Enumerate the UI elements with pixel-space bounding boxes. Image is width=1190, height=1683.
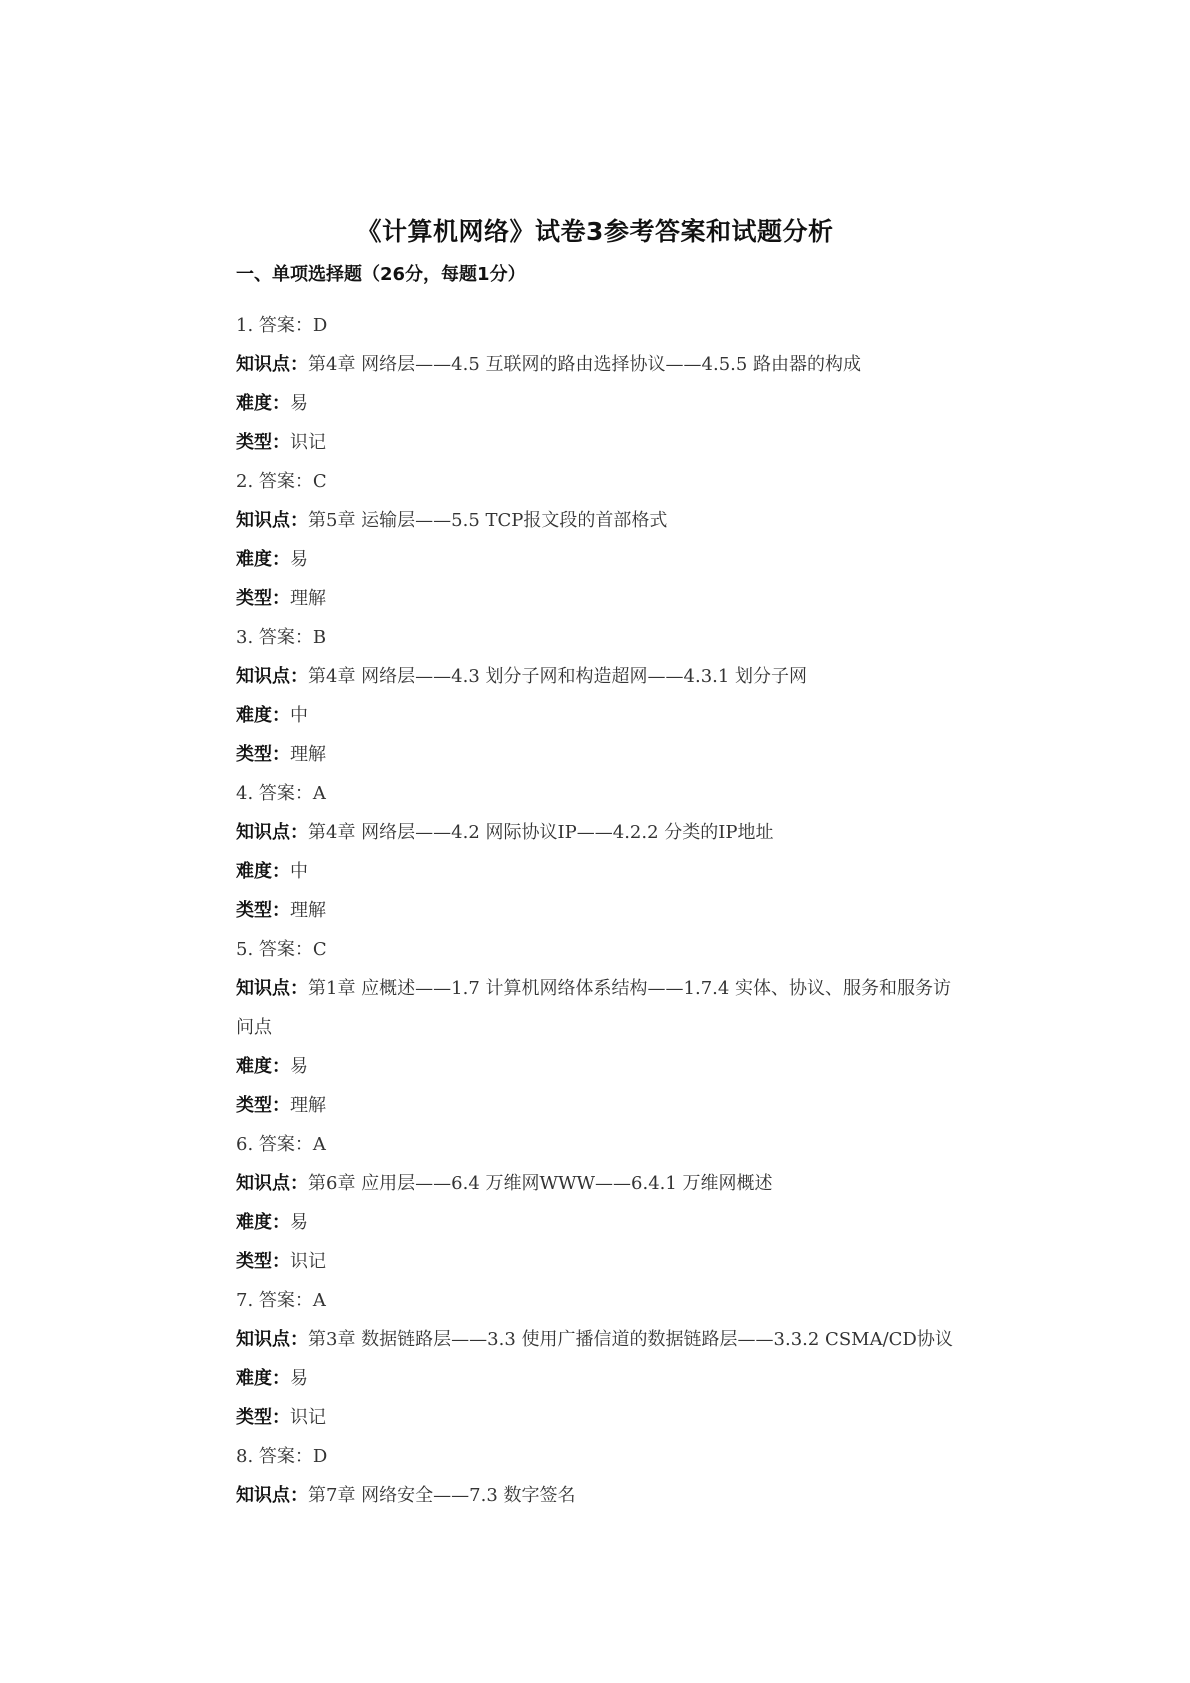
question-answer-line: 3. 答案：B: [236, 618, 1056, 657]
type-line: 类型：识记: [236, 1398, 1056, 1437]
knowledge-line: 知识点：第6章 应用层——6.4 万维网WWW——6.4.1 万维网概述: [236, 1164, 1056, 1203]
type-line: 类型：理解: [236, 735, 1056, 774]
knowledge-line: 知识点：第3章 数据链路层——3.3 使用广播信道的数据链路层——3.3.2 C…: [236, 1320, 1056, 1359]
answer-value: A: [313, 783, 326, 804]
knowledge-line: 知识点：第1章 应概述——1.7 计算机网络体系结构——1.7.4 实体、协议、…: [236, 969, 1056, 1008]
knowledge-line: 知识点：第4章 网络层——4.5 互联网的路由选择协议——4.5.5 路由器的构…: [236, 345, 1056, 384]
answer-value: A: [313, 1290, 326, 1311]
knowledge-line: 知识点：第5章 运输层——5.5 TCP报文段的首部格式: [236, 501, 1056, 540]
answer-value: D: [313, 315, 327, 336]
answer-list: 1. 答案：D 知识点：第4章 网络层——4.5 互联网的路由选择协议——4.5…: [236, 306, 1056, 1515]
difficulty-line: 难度：易: [236, 384, 1056, 423]
difficulty-line: 难度：中: [236, 696, 1056, 735]
document-page: 《计算机网络》试卷3参考答案和试题分析 一、单项选择题（26分，每题1分） 1.…: [0, 0, 1190, 1683]
question-answer-line: 4. 答案：A: [236, 774, 1056, 813]
question-answer-line: 1. 答案：D: [236, 306, 1056, 345]
answer-value: C: [313, 471, 327, 492]
answer-value: D: [313, 1446, 327, 1467]
difficulty-line: 难度：易: [236, 1047, 1056, 1086]
question-answer-line: 7. 答案：A: [236, 1281, 1056, 1320]
type-line: 类型：识记: [236, 1242, 1056, 1281]
difficulty-line: 难度：易: [236, 540, 1056, 579]
difficulty-line: 难度：中: [236, 852, 1056, 891]
answer-value: B: [313, 627, 326, 648]
document-title: 《计算机网络》试卷3参考答案和试题分析: [0, 212, 1190, 248]
knowledge-line: 知识点：第4章 网络层——4.3 划分子网和构造超网——4.3.1 划分子网: [236, 657, 1056, 696]
type-line: 类型：识记: [236, 423, 1056, 462]
knowledge-line: 知识点：第7章 网络安全——7.3 数字签名: [236, 1476, 1056, 1515]
answer-value: A: [313, 1134, 326, 1155]
question-answer-line: 5. 答案：C: [236, 930, 1056, 969]
knowledge-line-continuation: 问点: [236, 1008, 1056, 1047]
type-line: 类型：理解: [236, 891, 1056, 930]
difficulty-line: 难度：易: [236, 1359, 1056, 1398]
type-line: 类型：理解: [236, 1086, 1056, 1125]
section-heading: 一、单项选择题（26分，每题1分）: [236, 260, 526, 286]
question-answer-line: 6. 答案：A: [236, 1125, 1056, 1164]
type-line: 类型：理解: [236, 579, 1056, 618]
difficulty-line: 难度：易: [236, 1203, 1056, 1242]
knowledge-line: 知识点：第4章 网络层——4.2 网际协议IP——4.2.2 分类的IP地址: [236, 813, 1056, 852]
answer-value: C: [313, 939, 327, 960]
question-answer-line: 8. 答案：D: [236, 1437, 1056, 1476]
question-answer-line: 2. 答案：C: [236, 462, 1056, 501]
